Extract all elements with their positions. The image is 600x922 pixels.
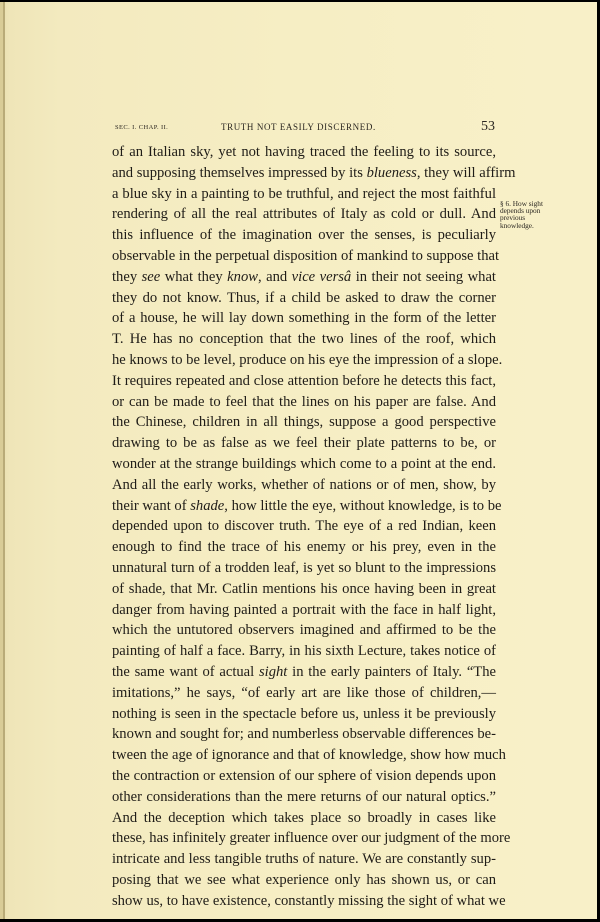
- page-number: 53: [481, 119, 495, 135]
- text-line: the same want of actual sight in the ear…: [112, 662, 496, 683]
- text-run: tween the age of ignorance and that of k…: [112, 747, 506, 763]
- text-run: imitations,” he says, “of early art are …: [112, 685, 496, 701]
- text-line: the contraction or extension of our sphe…: [112, 766, 496, 787]
- text-run: the contraction or extension of our sphe…: [112, 768, 496, 784]
- text-line: he knows to be level, produce on his eye…: [112, 350, 496, 371]
- text-line: which the untutored observers imagined a…: [112, 620, 496, 641]
- text-run: known and sought for; and numberless obs…: [112, 726, 496, 742]
- text-line: It requires repeated and close attention…: [112, 371, 496, 392]
- text-run: wonder at the strange buildings which co…: [112, 456, 496, 472]
- text-line: this influence of the imagination over t…: [112, 225, 496, 246]
- text-run: what they: [160, 269, 227, 285]
- body-text: of an Italian sky, yet not having traced…: [112, 142, 496, 911]
- text-run: observable in the perpetual disposition …: [112, 248, 499, 264]
- italic-word: sight: [259, 664, 287, 680]
- text-run: they do not know. Thus, if a child be as…: [112, 290, 496, 306]
- text-line: a blue sky in a painting to be truthful,…: [112, 184, 496, 205]
- text-run: posing that we see what experience only …: [112, 872, 496, 888]
- text-run: the same want of actual: [112, 664, 259, 680]
- text-line: their want of shade, how little the eye,…: [112, 496, 496, 517]
- text-line: depended upon to discover truth. The eye…: [112, 516, 496, 537]
- text-run: depended upon to discover truth. The eye…: [112, 518, 496, 534]
- text-run: And the deception which takes place so b…: [112, 810, 496, 826]
- text-run: T. He has no conception that the two lin…: [112, 331, 496, 347]
- text-run: this influence of the imagination over t…: [112, 227, 496, 243]
- running-head: SEC. I. CHAP. II. TRUTH NOT EASILY DISCE…: [115, 119, 495, 135]
- text-run: other considerations than the mere retur…: [112, 789, 496, 805]
- text-line: enough to find the trace of his enemy or…: [112, 537, 496, 558]
- text-run: these, has infinitely greater influence …: [112, 830, 510, 846]
- text-run: or can be made to feel that the lines on…: [112, 394, 496, 410]
- text-run: , and: [258, 269, 292, 285]
- text-line: unnatural turn of a trodden leaf, is yet…: [112, 558, 496, 579]
- text-line: of shade, that Mr. Catlin mentions his o…: [112, 579, 496, 600]
- text-line: painting of half a face. Barry, in his s…: [112, 641, 496, 662]
- text-line: nothing is seen in the spectacle before …: [112, 704, 496, 725]
- text-run: nothing is seen in the spectacle before …: [112, 706, 496, 722]
- text-run: It requires repeated and close attention…: [112, 373, 496, 389]
- text-run: in their not seeing what: [351, 269, 496, 285]
- text-line: intricate and less tangible truths of na…: [112, 849, 496, 870]
- text-run: show us, to have existence, constantly m…: [112, 893, 506, 909]
- text-run: drawing to be as false as we feel their …: [112, 435, 496, 451]
- text-run: of an Italian sky, yet not having traced…: [112, 144, 496, 160]
- text-line: the Chinese, children in all things, sup…: [112, 412, 496, 433]
- page-gutter-line: [3, 2, 5, 919]
- text-run: they: [112, 269, 142, 285]
- text-line: other considerations than the mere retur…: [112, 787, 496, 808]
- text-run: in the early painters of Italy. “The: [287, 664, 496, 680]
- running-head-title: TRUTH NOT EASILY DISCERNED.: [221, 122, 376, 132]
- text-line: or can be made to feel that the lines on…: [112, 392, 496, 413]
- text-line: of an Italian sky, yet not having traced…: [112, 142, 496, 163]
- italic-word: shade: [190, 498, 224, 514]
- text-run: and supposing themselves impressed by it…: [112, 165, 367, 181]
- marginal-sidenote: § 6. How sightdepends uponpreviousknowle…: [500, 200, 570, 229]
- text-run: painting of half a face. Barry, in his s…: [112, 643, 496, 659]
- text-run: a blue sky in a painting to be truthful,…: [112, 186, 496, 202]
- text-line: And the deception which takes place so b…: [112, 808, 496, 829]
- text-line: imitations,” he says, “of early art are …: [112, 683, 496, 704]
- text-run: And all the early works, whether of nati…: [112, 477, 496, 493]
- text-line: and supposing themselves impressed by it…: [112, 163, 496, 184]
- text-line: drawing to be as false as we feel their …: [112, 433, 496, 454]
- text-run: the Chinese, children in all things, sup…: [112, 414, 496, 430]
- text-run: , they will affirm: [417, 165, 516, 181]
- text-line: these, has infinitely greater influence …: [112, 828, 496, 849]
- italic-word: blueness: [367, 165, 417, 181]
- text-run: danger from having painted a portrait wi…: [112, 602, 496, 618]
- text-run: enough to find the trace of his enemy or…: [112, 539, 496, 555]
- sidenote-line: knowledge.: [500, 222, 570, 229]
- text-run: intricate and less tangible truths of na…: [112, 851, 496, 867]
- text-line: they see what they know, and vice versâ …: [112, 267, 496, 288]
- text-line: And all the early works, whether of nati…: [112, 475, 496, 496]
- text-run: he knows to be level, produce on his eye…: [112, 352, 502, 368]
- italic-word: vice versâ: [292, 269, 352, 285]
- text-run: rendering of all the real attributes of …: [112, 206, 496, 222]
- text-line: danger from having painted a portrait wi…: [112, 600, 496, 621]
- text-run: which the untutored observers imagined a…: [112, 622, 496, 638]
- text-line: posing that we see what experience only …: [112, 870, 496, 891]
- text-run: their want of: [112, 498, 190, 514]
- text-line: T. He has no conception that the two lin…: [112, 329, 496, 350]
- italic-word: see: [142, 269, 161, 285]
- running-head-section: SEC. I. CHAP. II.: [115, 124, 168, 131]
- text-line: known and sought for; and numberless obs…: [112, 724, 496, 745]
- text-line: rendering of all the real attributes of …: [112, 204, 496, 225]
- text-run: unnatural turn of a trodden leaf, is yet…: [112, 560, 496, 576]
- text-run: , how little the eye, without knowledge,…: [224, 498, 501, 514]
- text-run: of a house, he will lay down something i…: [112, 310, 496, 326]
- text-line: they do not know. Thus, if a child be as…: [112, 288, 496, 309]
- text-line: tween the age of ignorance and that of k…: [112, 745, 496, 766]
- text-line: show us, to have existence, constantly m…: [112, 891, 496, 912]
- book-page: SEC. I. CHAP. II. TRUTH NOT EASILY DISCE…: [0, 2, 597, 919]
- text-line: wonder at the strange buildings which co…: [112, 454, 496, 475]
- text-run: of shade, that Mr. Catlin mentions his o…: [112, 581, 496, 597]
- italic-word: know: [227, 269, 258, 285]
- text-line: of a house, he will lay down something i…: [112, 308, 496, 329]
- text-line: observable in the perpetual disposition …: [112, 246, 496, 267]
